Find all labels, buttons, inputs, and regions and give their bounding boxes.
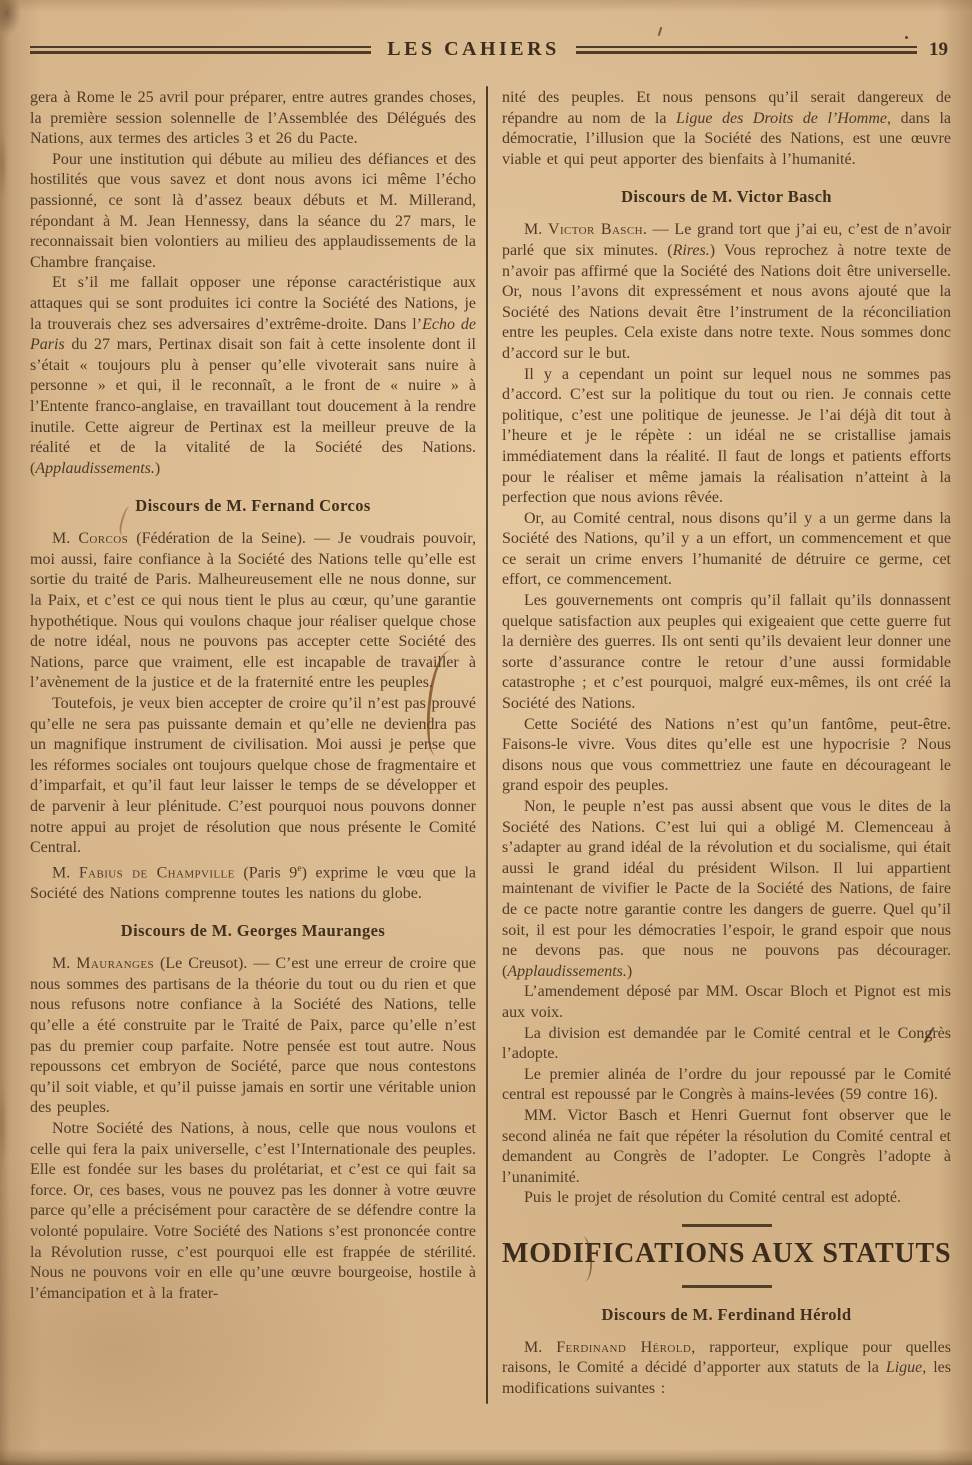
paragraph: Non, le peuple n’est pas aussi absent qu… [502, 797, 951, 982]
journal-page: LES CAHIERS 19 gera à Rome le 25 avril p… [0, 0, 972, 1465]
paragraph: M. Ferdinand Hérold, rapporteur, expliqu… [502, 1338, 951, 1400]
paragraph: Pour une institution qui débute au milie… [30, 150, 476, 274]
page-number: 19 [929, 39, 948, 61]
page-edge-smudge [0, 1080, 8, 1170]
section-title: MODIFICATIONS AUX STATUTS [502, 1238, 951, 1270]
section-divider-rule [682, 1224, 772, 1227]
paragraph: Il y a cependant un point sur lequel nou… [502, 365, 951, 509]
masthead-rule-left [30, 46, 371, 54]
paragraph: Puis le projet de résolution du Comité c… [502, 1188, 951, 1209]
paragraph: La division est demandée par le Comité c… [502, 1024, 951, 1065]
speech-heading: Discours de M. Ferdinand Hérold [502, 1305, 951, 1325]
left-column: gera à Rome le 25 avril pour préparer, e… [30, 88, 476, 1462]
paragraph: gera à Rome le 25 avril pour préparer, e… [30, 88, 476, 150]
section-divider-rule [682, 1285, 772, 1288]
paragraph: L’amendement déposé par MM. Oscar Bloch … [502, 982, 951, 1023]
paragraph: M. Victor Basch. — Le grand tort que j’a… [502, 220, 951, 364]
right-column: nité des peuples. Et nous pensons qu’il … [502, 88, 951, 1462]
masthead-rule-right [576, 46, 917, 54]
journal-title: LES CAHIERS [387, 38, 559, 61]
paragraph: M. Mauranges (Le Creusot). — C’est une e… [30, 954, 476, 1119]
paragraph: Le premier alinéa de l’ordre du jour rep… [502, 1065, 951, 1106]
speech-heading: Discours de M. Georges Mauranges [30, 921, 476, 941]
paragraph: Les gouvernements ont compris qu’il fall… [502, 591, 951, 715]
paragraph: M. Corcos (Fédération de la Seine). — Je… [30, 529, 476, 694]
speech-heading: Discours de M. Fernand Corcos [30, 496, 476, 516]
paragraph: Toutefois, je veux bien accepter de croi… [30, 694, 476, 859]
page-edge-shadow [0, 0, 21, 35]
paragraph: Cette Société des Nations n’est qu’un fa… [502, 715, 951, 797]
masthead: LES CAHIERS 19 [30, 38, 948, 61]
paragraph: Or, au Comité central, nous disons qu’il… [502, 509, 951, 591]
paragraph: M. Fabius de Champville (Paris 9e) expri… [30, 859, 476, 905]
paragraph: nité des peuples. Et nous pensons qu’il … [502, 88, 951, 170]
page-edge-smudge [0, 130, 8, 200]
text-columns: gera à Rome le 25 avril pour préparer, e… [30, 88, 951, 1462]
ink-speck-header [658, 27, 663, 36]
paragraph: Notre Société des Nations, à nous, celle… [30, 1119, 476, 1304]
paragraph: MM. Victor Basch et Henri Guernut font o… [502, 1106, 951, 1188]
speech-heading: Discours de M. Victor Basch [502, 187, 951, 207]
paragraph: Et s’il me fallait opposer une réponse c… [30, 273, 476, 479]
